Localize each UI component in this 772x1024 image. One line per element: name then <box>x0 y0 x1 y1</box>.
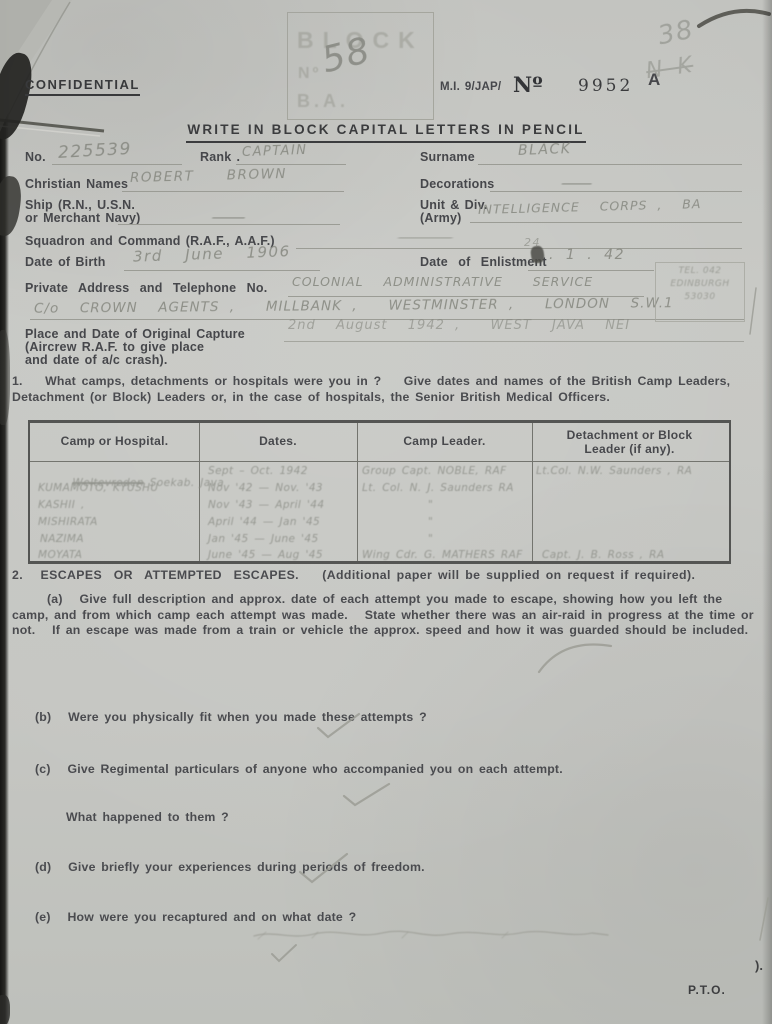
table-row-camp: MISHIRATA <box>38 516 98 528</box>
section-2-item-c: (c) Give Regimental particulars of anyon… <box>35 762 735 778</box>
table-row-camp: NAZIMA <box>40 533 84 545</box>
section-2-item-b: (b) Were you physically fit when you mad… <box>35 710 735 726</box>
pencil-stamp-line: EDINBURGH <box>656 279 744 289</box>
pencil-check-icon <box>342 780 392 808</box>
field-surname-label: Surname <box>420 150 475 165</box>
field-line <box>296 248 742 249</box>
table-row-camp: KUMAMOTO, KYUSHU <box>38 482 159 494</box>
edge-ink-mark: ). <box>755 958 763 973</box>
table-header-camp: Camp or Hospital. <box>30 434 199 448</box>
pencil-corner-note: N K <box>644 53 694 84</box>
pencil-stamp-line: TEL. 042 <box>656 266 744 276</box>
pencil-check-icon <box>316 710 362 740</box>
scan-blob <box>0 330 10 425</box>
section-2-item-e: (e) How were you recaptured and on what … <box>35 910 735 926</box>
field-rank-label: Rank . <box>200 150 240 165</box>
pencil-check-icon <box>298 850 350 886</box>
pencil-stroke <box>758 896 770 944</box>
field-surname-value: BLACK <box>518 141 572 159</box>
field-capture-value: 2nd August 1942 , WEST JAVA NEI <box>288 318 630 333</box>
page-turn-over-label: P.T.O. <box>688 983 726 997</box>
table-row-leader: Group Capt. NOBLE, RAF <box>362 465 507 477</box>
form-no-symbol: Nº <box>513 72 543 97</box>
field-line <box>124 270 320 271</box>
table-header-block-line2: Leader (if any). <box>584 442 674 456</box>
pencil-corner-note: 38 <box>655 15 697 52</box>
section-2-item-c2: What happened to them ? <box>66 810 229 826</box>
field-rank-value: CAPTAIN <box>242 143 308 160</box>
table-row-dates: Nov '42 — Nov. '43 <box>208 482 323 494</box>
camp-table: Camp or Hospital. Dates. Camp Leader. De… <box>28 420 731 564</box>
pencil-squiggle-icon <box>535 632 615 678</box>
field-enlistment-label: Date of Enlistment <box>420 255 547 270</box>
table-row-leader: " <box>428 533 433 545</box>
block-number-stamp: BLOCK Nº B.A. 58 <box>287 12 434 120</box>
field-address-label: Private Address and Telephone No. <box>25 281 267 296</box>
field-capture-label3: and date of a/c crash). <box>25 353 168 368</box>
field-line <box>122 191 344 192</box>
table-row-dates: Nov '43 — April '44 <box>208 499 324 511</box>
block-stamp-no: Nº <box>298 65 321 83</box>
section-2-heading: 2. ESCAPES OR ATTEMPTED ESCAPES. (Additi… <box>12 568 760 584</box>
faded-pencil-note <box>252 926 612 944</box>
field-squadron-value: — <box>395 228 461 246</box>
table-header-dates: Dates. <box>199 434 357 448</box>
field-no-label: No. <box>25 150 46 165</box>
field-unit-label2: (Army) <box>420 211 461 226</box>
pencil-address-stamp: TEL. 042 EDINBURGH 53030 <box>655 262 745 322</box>
field-line <box>490 191 742 192</box>
table-row-dates: Sept – Oct. 1942 <box>208 465 308 477</box>
field-no-value: 225539 <box>58 139 133 163</box>
form-reference: M.I. 9/JAP/ <box>440 80 501 95</box>
table-row-dates: April '44 — Jan '45 <box>208 516 320 528</box>
pencil-check-icon <box>270 942 298 964</box>
field-christian-names-value: ROBERT BROWN <box>130 166 287 186</box>
field-decorations-label: Decorations <box>420 177 494 192</box>
field-enlistment-value: . 1 . 42 <box>549 247 625 263</box>
field-line <box>478 164 742 165</box>
pencil-stroke <box>748 286 758 338</box>
field-line <box>284 341 744 342</box>
page-title: WRITE IN BLOCK CAPITAL LETTERS IN PENCIL <box>186 122 586 143</box>
table-header-block: Detachment or Block Leader (if any). <box>532 428 727 456</box>
question-1-text: 1. What camps, detachments or hospitals … <box>12 374 760 405</box>
section-2-item-d: (d) Give briefly your experiences during… <box>35 860 735 876</box>
pencil-stamp-line: 53030 <box>656 292 744 302</box>
table-header-leader: Camp Leader. <box>357 434 532 448</box>
field-line <box>470 222 742 223</box>
table-row-leader: " <box>428 516 433 528</box>
table-row-leader: " <box>428 499 433 511</box>
block-stamp-ba: B.A. <box>297 91 349 112</box>
table-row-camp: KASHII , <box>38 499 85 511</box>
field-decorations-value: — <box>560 174 596 192</box>
right-scan-shadow <box>762 0 772 1024</box>
field-address-value-line1: COLONIAL ADMINISTRATIVE SERVICE <box>292 274 593 289</box>
scan-blob <box>0 995 10 1024</box>
field-line <box>236 164 346 165</box>
field-unit-value: INTELLIGENCE CORPS , BA <box>478 196 702 217</box>
field-line <box>528 270 654 271</box>
table-row-dates: Jan '45 — June '45 <box>208 533 319 545</box>
table-header-block-line1: Detachment or Block <box>567 428 693 442</box>
table-header-divider <box>30 461 729 462</box>
table-row-camp: MOYATA <box>38 549 82 561</box>
field-dob-label: Date of Birth <box>25 255 106 270</box>
table-row-dates: June '45 — Aug '45 <box>208 549 323 561</box>
table-row-block: Capt. J. B. Ross , RA <box>542 549 664 561</box>
section-2-item-a: (a) Give full description and approx. da… <box>12 592 756 639</box>
scan-blob <box>0 174 24 237</box>
field-line <box>52 164 182 165</box>
table-row-leader: Lt. Col. N. J. Saunders RA <box>362 482 514 494</box>
classification-stamp: CONFIDENTIAL <box>25 77 140 96</box>
field-line <box>118 224 340 225</box>
field-christian-names-label: Christian Names <box>25 177 128 192</box>
corner-crease-mark <box>695 2 772 34</box>
field-address-value-line2: C/o CROWN AGENTS , MILLBANK , WESTMINSTE… <box>34 295 674 317</box>
scanned-form-page: CONFIDENTIAL BLOCK Nº B.A. 58 M.I. 9/JAP… <box>0 0 772 1024</box>
form-serial-number: 9952 <box>578 76 633 96</box>
table-row-block: Lt.Col. N.W. Saunders , RA <box>536 465 692 477</box>
table-row-leader: Wing Cdr. G. MATHERS RAF <box>362 549 523 561</box>
